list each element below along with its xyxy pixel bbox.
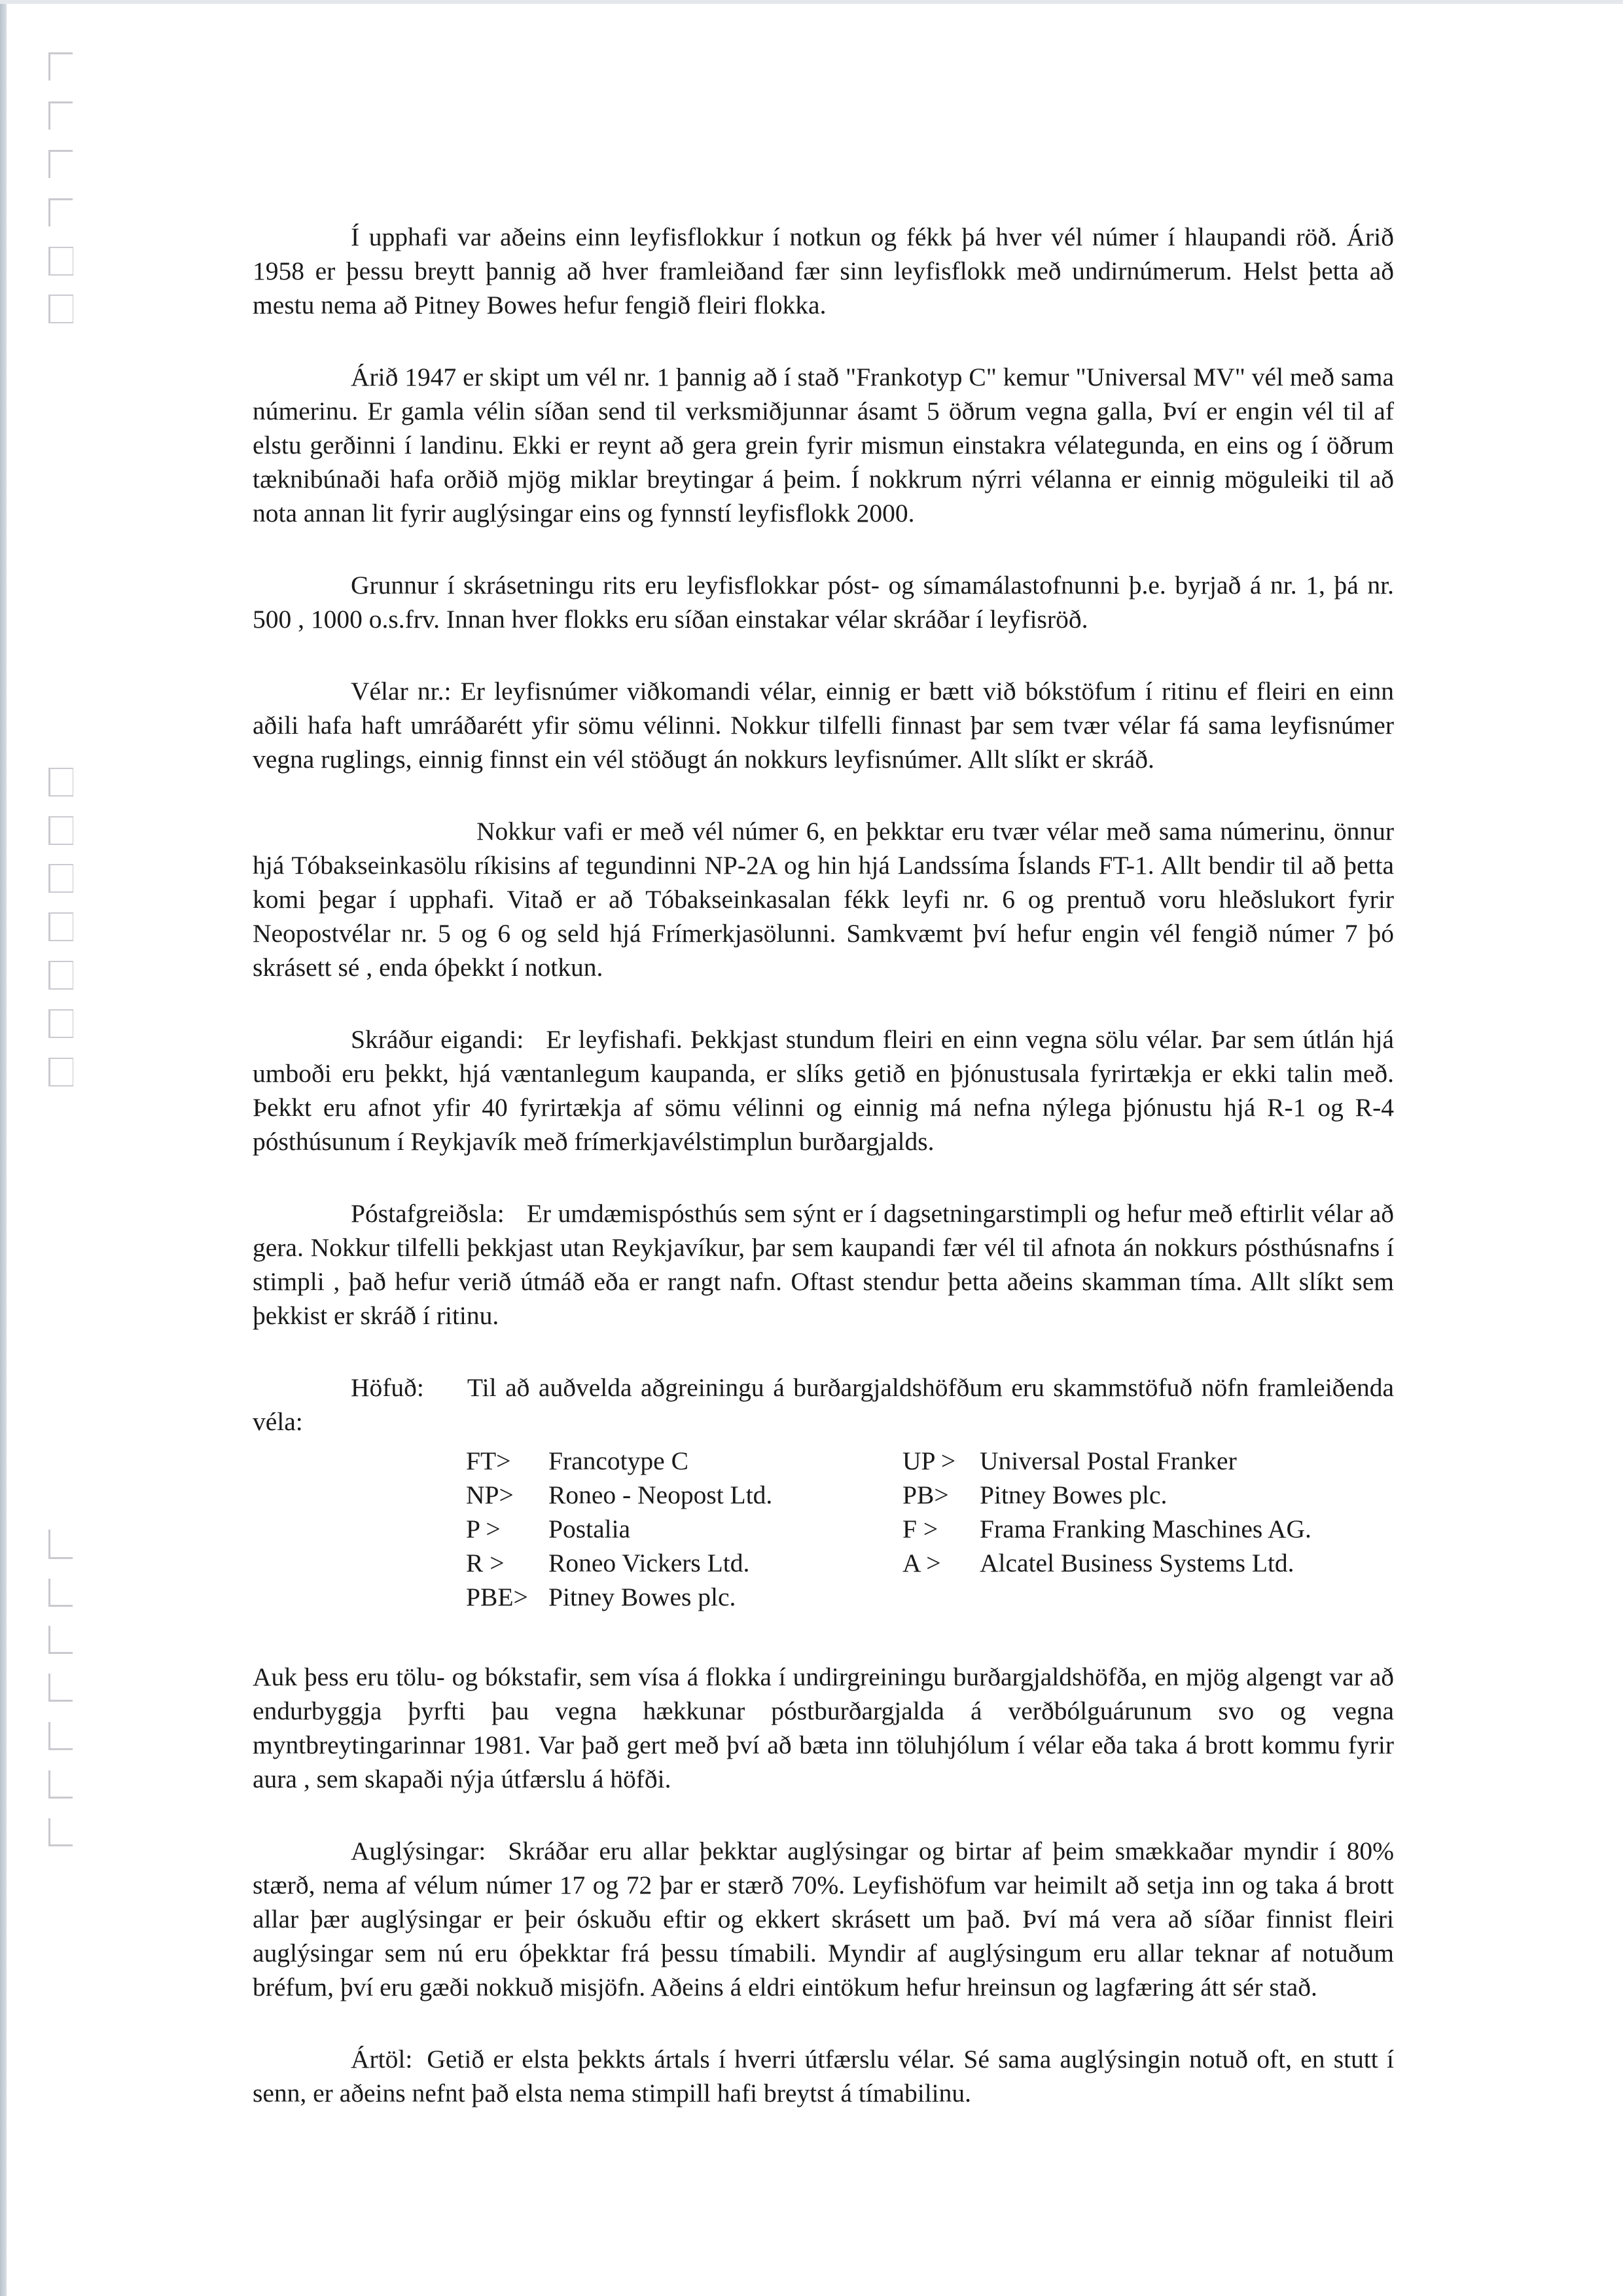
abbreviation-code: PBE>: [466, 1580, 548, 1614]
abbreviation-item: PBE>Pitney Bowes plc.: [466, 1580, 902, 1614]
abbreviation-name: Francotype C: [548, 1446, 688, 1475]
paragraph-text: Grunnur í skrásetningu rits eru leyfisfl…: [253, 571, 1394, 634]
paragraph-label: Vélar nr.:: [351, 677, 451, 706]
paragraph-text: Árið 1947 er skipt um vél nr. 1 þannig a…: [253, 363, 1394, 528]
paragraph-skradur-eigandi: Skráður eigandi:Er leyfishafi. Þekkjast …: [253, 1022, 1394, 1158]
paragraph-grunnur: Grunnur í skrásetningu rits eru leyfisfl…: [253, 568, 1394, 636]
binding-mark: [48, 52, 73, 81]
binding-mark: [48, 1058, 73, 1086]
paragraph-label: Skráður eigandi:: [351, 1025, 524, 1054]
abbreviation-name: Roneo - Neopost Ltd.: [548, 1480, 772, 1509]
binding-mark: [48, 198, 73, 226]
binding-mark: [48, 1009, 73, 1038]
abbreviation-item: F >Frama Franking Maschines AG.: [902, 1512, 1361, 1546]
abbreviation-item: R >Roneo Vickers Ltd.: [466, 1546, 902, 1580]
binding-mark: [48, 101, 73, 130]
abbreviation-code: P >: [466, 1512, 548, 1546]
paragraph-text: Auk þess eru tölu- og bókstafir, sem vís…: [253, 1662, 1394, 1793]
binding-mark: [48, 816, 73, 845]
abbreviation-code: UP >: [902, 1444, 980, 1478]
abbreviation-item: FT>Francotype C: [466, 1444, 902, 1478]
paragraph-hofud: Höfuð:Til að auðvelda aðgreiningu á burð…: [253, 1371, 1394, 1439]
abbreviation-item: P >Postalia: [466, 1512, 902, 1546]
abbreviation-name: Alcatel Business Systems Ltd.: [980, 1549, 1294, 1577]
binding-mark: [48, 1722, 73, 1750]
binding-mark: [48, 1818, 73, 1846]
paragraph-label: Auglýsingar:: [351, 1837, 486, 1865]
binding-mark: [48, 912, 73, 941]
abbreviation-item: NP>Roneo - Neopost Ltd.: [466, 1478, 902, 1512]
binding-mark: [48, 247, 73, 276]
binding-mark: [48, 295, 73, 323]
binding-mark: [48, 1626, 73, 1654]
scan-edge: [0, 0, 7, 2296]
abbreviation-code: A >: [902, 1546, 980, 1580]
abbreviation-code: R >: [466, 1546, 548, 1580]
binding-mark: [48, 961, 73, 990]
abbreviation-empty: [902, 1580, 1361, 1614]
binding-mark: [48, 1579, 73, 1607]
abbreviation-item: UP >Universal Postal Franker: [902, 1444, 1361, 1478]
abbreviation-code: FT>: [466, 1444, 548, 1478]
abbreviation-code: NP>: [466, 1478, 548, 1512]
abbreviation-name: Universal Postal Franker: [980, 1446, 1237, 1475]
paragraph-velar-nr: Vélar nr.: Er leyfisnúmer viðkomandi vél…: [253, 674, 1394, 776]
paragraph-auk-thess: Auk þess eru tölu- og bókstafir, sem vís…: [253, 1660, 1394, 1796]
binding-mark: [48, 768, 73, 797]
scan-top-edge: [0, 0, 1623, 4]
binding-mark: [48, 1674, 73, 1702]
paragraph-text: Nokkur vafi er með vél númer 6, en þekkt…: [253, 817, 1394, 982]
paragraph-label: Höfuð:: [351, 1373, 424, 1402]
paragraph-upphaf: Í upphafi var aðeins einn leyfisflokkur …: [253, 220, 1394, 322]
abbreviation-name: Pitney Bowes plc.: [980, 1480, 1167, 1509]
abbreviation-name: Roneo Vickers Ltd.: [548, 1549, 749, 1577]
paragraph-arid-1947: Árið 1947 er skipt um vél nr. 1 þannig a…: [253, 360, 1394, 530]
paragraph-text: Getið er elsta þekkts ártals í hverri út…: [253, 2045, 1394, 2108]
paragraph-auglysingar: Auglýsingar:Skráðar eru allar þekktar au…: [253, 1834, 1394, 2004]
abbreviation-name: Postalia: [548, 1515, 630, 1543]
binding-mark: [48, 150, 73, 178]
binding-mark: [48, 864, 73, 893]
abbreviation-code: PB>: [902, 1478, 980, 1512]
abbreviation-code: F >: [902, 1512, 980, 1546]
manufacturer-abbreviation-list: FT>Francotype C UP >Universal Postal Fra…: [466, 1444, 1394, 1614]
binding-mark: [48, 1770, 73, 1799]
paragraph-label: Ártöl:: [351, 2045, 412, 2073]
paragraph-text: Í upphafi var aðeins einn leyfisflokkur …: [253, 223, 1394, 319]
binding-mark: [48, 1530, 73, 1559]
abbreviation-name: Frama Franking Maschines AG.: [980, 1515, 1311, 1543]
abbreviation-item: PB>Pitney Bowes plc.: [902, 1478, 1361, 1512]
binding-hole-marks: [48, 0, 75, 2296]
abbreviation-item: A >Alcatel Business Systems Ltd.: [902, 1546, 1361, 1580]
paragraph-nokkur-vafi: Nokkur vafi er með vél númer 6, en þekkt…: [253, 814, 1394, 984]
abbreviation-name: Pitney Bowes plc.: [548, 1583, 736, 1611]
document-page: Í upphafi var aðeins einn leyfisflokkur …: [253, 220, 1394, 2148]
paragraph-label: Póstafgreiðsla:: [351, 1199, 505, 1228]
paragraph-artol: Ártöl:Getið er elsta þekkts ártals í hve…: [253, 2042, 1394, 2110]
paragraph-postafgreidsla: Póstafgreiðsla:Er umdæmispósthús sem sýn…: [253, 1196, 1394, 1333]
